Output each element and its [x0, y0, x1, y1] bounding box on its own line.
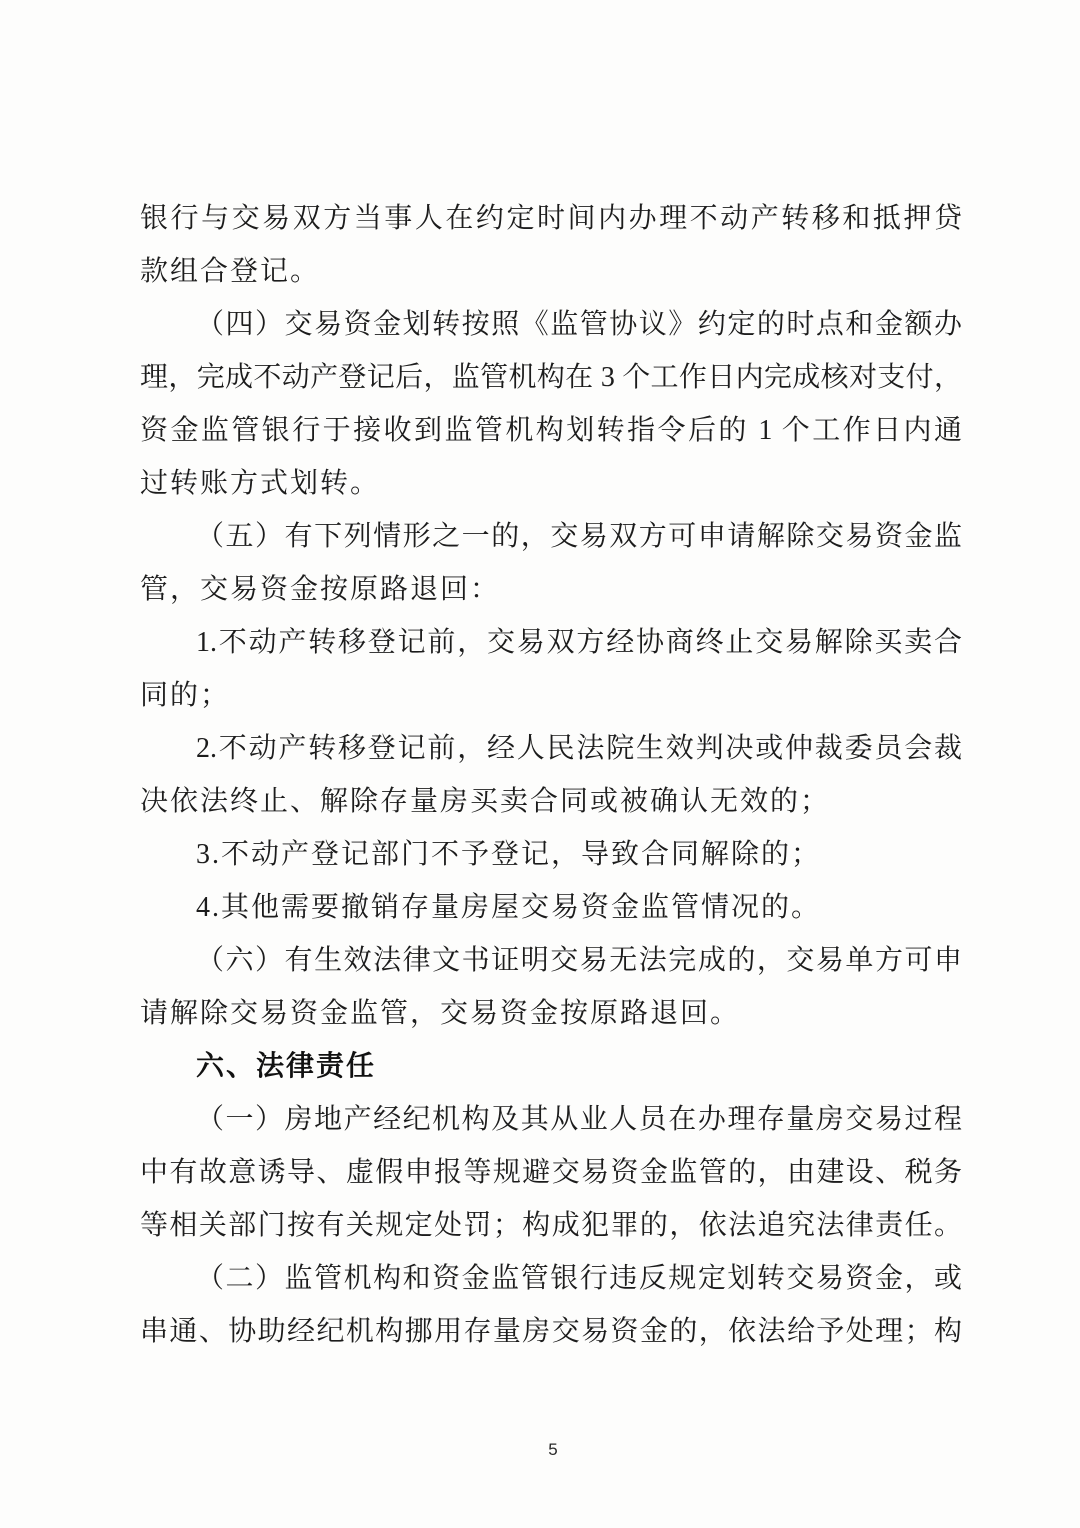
document-page: 银行与交易双方当事人在约定时间内办理不动产转移和抵押贷 款组合登记。 （四）交易…	[0, 0, 1080, 1528]
list-item-2: 2.不动产转移登记前，经人民法院生效判决或仲裁委员会裁 决依法终止、解除存量房买…	[140, 722, 962, 828]
text-line: （一）房地产经纪机构及其从业人员在办理存量房交易过程	[140, 1093, 962, 1146]
text-line: 资金监管银行于接收到监管机构划转指令后的 1 个工作日内通	[140, 404, 962, 457]
document-body: 银行与交易双方当事人在约定时间内办理不动产转移和抵押贷 款组合登记。 （四）交易…	[140, 192, 962, 1358]
text-line: 等相关部门按有关规定处罚；构成犯罪的，依法追究法律责任。	[140, 1199, 962, 1252]
page-footer: 5	[0, 1440, 1080, 1460]
text-line: （五）有下列情形之一的，交易双方可申请解除交易资金监	[140, 510, 962, 563]
paragraph-item-6: （六）有生效法律文书证明交易无法完成的，交易单方可申 请解除交易资金监管，交易资…	[140, 934, 962, 1040]
text-line: 过转账方式划转。	[140, 457, 962, 510]
text-line: （四）交易资金划转按照《监管协议》约定的时点和金额办	[140, 298, 962, 351]
list-item-3: 3.不动产登记部门不予登记，导致合同解除的；	[140, 828, 962, 881]
text-line: 1.不动产转移登记前，交易双方经协商终止交易解除买卖合	[140, 616, 962, 669]
section-heading-text: 六、法律责任	[140, 1040, 962, 1093]
continued-paragraph: 银行与交易双方当事人在约定时间内办理不动产转移和抵押贷 款组合登记。	[140, 192, 962, 298]
legal-item-1: （一）房地产经纪机构及其从业人员在办理存量房交易过程 中有故意诱导、虚假申报等规…	[140, 1093, 962, 1252]
text-line: 中有故意诱导、虚假申报等规避交易资金监管的，由建设、税务	[140, 1146, 962, 1199]
paragraph-item-5: （五）有下列情形之一的，交易双方可申请解除交易资金监 管，交易资金按原路退回：	[140, 510, 962, 616]
text-line: 决依法终止、解除存量房买卖合同或被确认无效的；	[140, 775, 962, 828]
text-line: （二）监管机构和资金监管银行违反规定划转交易资金，或	[140, 1252, 962, 1305]
paragraph-item-4: （四）交易资金划转按照《监管协议》约定的时点和金额办 理，完成不动产登记后，监管…	[140, 298, 962, 510]
page-number: 5	[548, 1440, 557, 1460]
list-item-4: 4.其他需要撤销存量房屋交易资金监管情况的。	[140, 881, 962, 934]
text-line: 2.不动产转移登记前，经人民法院生效判决或仲裁委员会裁	[140, 722, 962, 775]
text-line: 银行与交易双方当事人在约定时间内办理不动产转移和抵押贷	[140, 192, 962, 245]
text-line: 理，完成不动产登记后，监管机构在 3 个工作日内完成核对支付，	[140, 351, 962, 404]
text-line: 同的；	[140, 669, 962, 722]
text-line: 4.其他需要撤销存量房屋交易资金监管情况的。	[140, 881, 962, 934]
text-line: 款组合登记。	[140, 245, 962, 298]
section-heading-legal-liability: 六、法律责任	[140, 1040, 962, 1093]
text-line: 请解除交易资金监管，交易资金按原路退回。	[140, 987, 962, 1040]
list-item-1: 1.不动产转移登记前，交易双方经协商终止交易解除买卖合 同的；	[140, 616, 962, 722]
text-line: 串通、协助经纪机构挪用存量房交易资金的，依法给予处理；构	[140, 1305, 962, 1358]
text-line: （六）有生效法律文书证明交易无法完成的，交易单方可申	[140, 934, 962, 987]
text-line: 管，交易资金按原路退回：	[140, 563, 962, 616]
text-line: 3.不动产登记部门不予登记，导致合同解除的；	[140, 828, 962, 881]
legal-item-2: （二）监管机构和资金监管银行违反规定划转交易资金，或 串通、协助经纪机构挪用存量…	[140, 1252, 962, 1358]
